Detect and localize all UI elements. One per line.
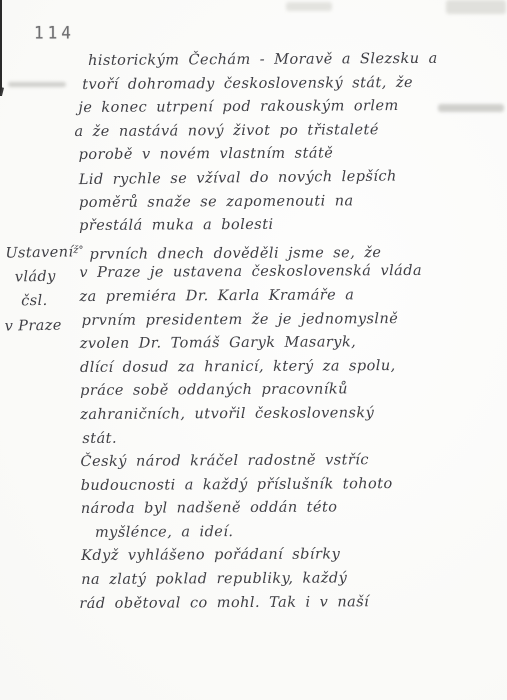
scan-smudge [446,0,506,14]
handwritten-line: práce sobě oddaných pracovníků [80,378,492,404]
handwritten-line: za premiéra Dr. Karla Kramáře a [79,283,491,309]
handwritten-line: Lid rychle se vžíval do nových lepších [79,164,491,192]
scan-edge-line [0,0,2,96]
margin-annotation: Ustavení vlády čsl. v Praze [5,240,75,338]
handwritten-line: poměrů snaže se zapomenouti na [79,189,491,215]
handwritten-line: rád obětoval co mohl. Tak i v naší [79,590,493,616]
handwritten-line: zvolen Dr. Tomáš Garyk Masaryk, [80,331,492,357]
page-number: 114 [34,23,75,43]
handwritten-line: porobě v novém vlastním státě [79,142,491,168]
handwritten-line: je konec utrpení pod rakouským orlem [78,95,490,121]
handwritten-body: historickým Čechám - Moravě a Slezsku a … [78,47,493,616]
handwritten-line: zahraničních, utvořil československý [80,401,492,427]
scan-smudge [286,2,332,11]
scan-smudge [8,82,66,87]
handwritten-line: stát. [82,425,492,451]
handwritten-line: na zlatý poklad republiky, každý [81,567,493,593]
handwritten-line: a že nastává nový život po třistaleté [74,118,490,144]
margin-note-line: v Praze [4,313,75,338]
margin-note-line: Ustavení [5,240,74,265]
handwritten-line: dlící dosud za hranicí, který za spolu, [80,354,492,380]
scanned-page: 114 Ustavení vlády čsl. v Praze historic… [0,0,507,700]
handwritten-line: tvoří dohromady československý stát, že [82,71,490,97]
insertion-mark: ž° [73,245,83,256]
handwritten-line: historickým Čechám - Moravě a Slezsku a [88,47,490,73]
margin-note-line: vlády [15,264,75,289]
handwritten-line: přestálá muka a bolesti [79,213,491,239]
handwritten-line: v Praze je ustavena československá vláda [79,260,491,286]
handwritten-line: prvním presidentem že je jednomyslně [82,307,492,333]
handwritten-line: myšlénce, a ideí. [95,519,493,545]
handwritten-line: národa byl nadšeně oddán této [81,496,493,522]
margin-note-line: čsl. [21,288,75,313]
handwritten-line: Když vyhlášeno pořádaní sbírky [81,543,493,569]
handwritten-line: budoucnosti a každý příslušník tohoto [81,472,493,498]
scan-edge-hook [0,87,8,96]
handwritten-line: Český národ kráčel radostně vstříc [80,449,492,475]
handwritten-line: ž°prvních dnech dověděli jsme se, že [73,236,491,262]
